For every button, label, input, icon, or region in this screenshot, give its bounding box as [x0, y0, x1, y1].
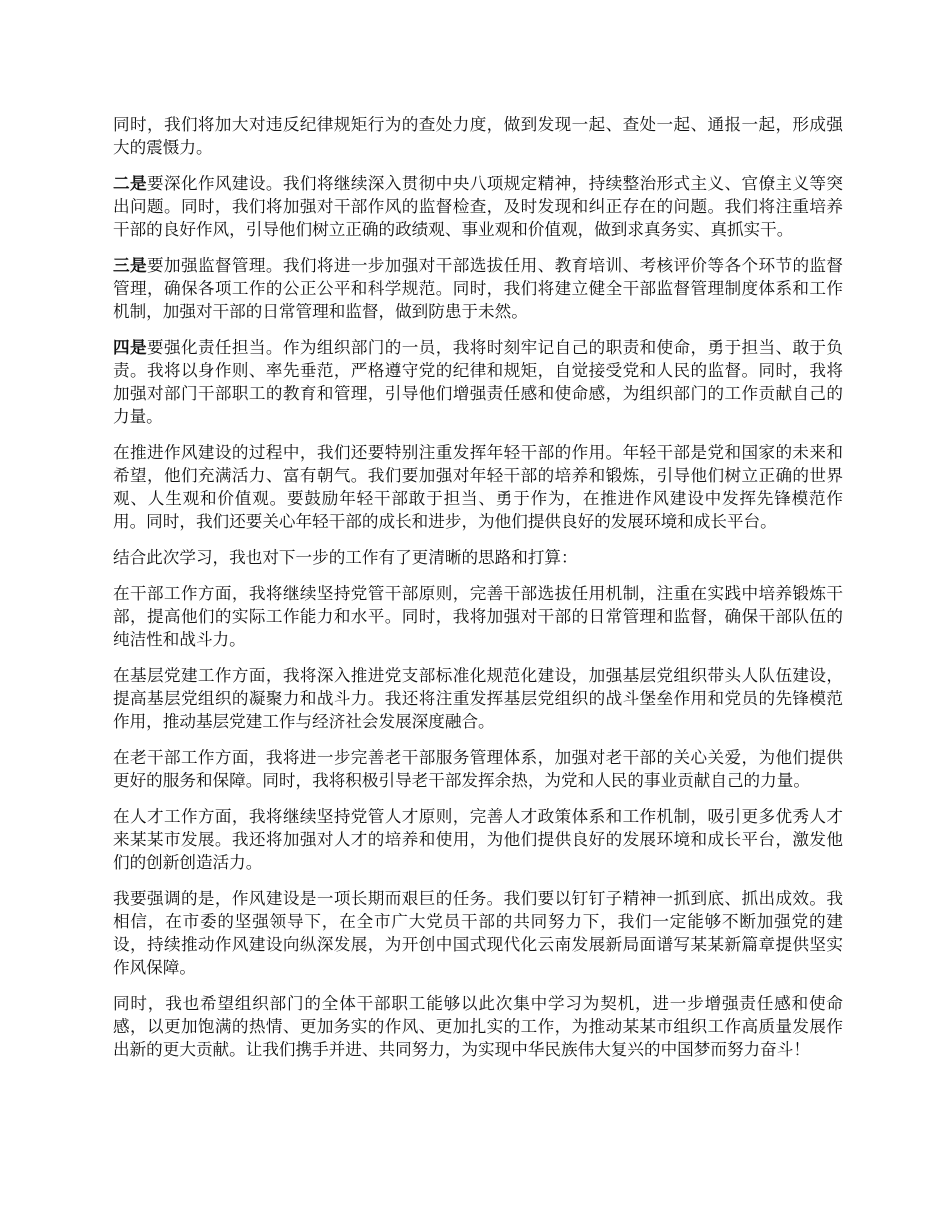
paragraph-text: 在老干部工作方面，我将进一步完善老干部服务管理体系，加强对老干部的关心关爱，为他…: [113, 748, 843, 790]
paragraph-point-four: 四是要强化责任担当。作为组织部门的一员，我将时刻牢记自己的职责和使命，勇于担当、…: [113, 336, 843, 428]
paragraph-text: 在人才工作方面，我将继续坚持党管人才原则，完善人才政策体系和工作机制，吸引更多优…: [113, 807, 843, 872]
paragraph-text: 同时，我也希望组织部门的全体干部职工能够以此次集中学习为契机，进一步增强责任感和…: [113, 994, 843, 1059]
paragraph-text: 我要强调的是，作风建设是一项长期而艰巨的任务。我们要以钉钉子精神一抓到底、抓出成…: [113, 889, 843, 977]
paragraph-lead: 四是: [113, 338, 147, 357]
paragraph-text: 在基层党建工作方面，我将深入推进党支部标准化规范化建设，加强基层党组织带头人队伍…: [113, 666, 843, 731]
paragraph-text: 在推进作风建设的过程中，我们还要特别注重发挥年轻干部的作用。年轻干部是党和国家的…: [113, 443, 843, 531]
paragraph-closing: 同时，我也希望组织部门的全体干部职工能够以此次集中学习为契机，进一步增强责任感和…: [113, 992, 843, 1061]
paragraph-text: 同时，我们将加大对违反纪律规矩行为的查处力度，做到发现一起、查处一起、通报一起，…: [113, 115, 843, 157]
paragraph-text: 要强化责任担当。作为组织部门的一员，我将时刻牢记自己的职责和使命，勇于担当、敢于…: [113, 338, 843, 426]
paragraph-text: 结合此次学习，我也对下一步的工作有了更清晰的思路和打算：: [113, 548, 578, 567]
paragraph-point-three: 三是要加强监督管理。我们将进一步加强对干部选拔任用、教育培训、考核评价等各个环节…: [113, 254, 843, 323]
paragraph-emphasis: 我要强调的是，作风建设是一项长期而艰巨的任务。我们要以钉钉子精神一抓到底、抓出成…: [113, 887, 843, 979]
paragraph-grassroots-party: 在基层党建工作方面，我将深入推进党支部标准化规范化建设，加强基层党组织带头人队伍…: [113, 664, 843, 733]
document-page: 同时，我们将加大对违反纪律规矩行为的查处力度，做到发现一起、查处一起、通报一起，…: [113, 113, 843, 1074]
paragraph-talent-work: 在人才工作方面，我将继续坚持党管人才原则，完善人才政策体系和工作机制，吸引更多优…: [113, 805, 843, 874]
paragraph-text: 要加强监督管理。我们将进一步加强对干部选拔任用、教育培训、考核评价等各个环节的监…: [113, 256, 843, 321]
paragraph-next-steps-intro: 结合此次学习，我也对下一步的工作有了更清晰的思路和打算：: [113, 546, 843, 569]
paragraph-lead: 三是: [113, 256, 147, 275]
paragraph-point-two: 二是要深化作风建设。我们将继续深入贯彻中央八项规定精神，持续整治形式主义、官僚主…: [113, 172, 843, 241]
paragraph-text: 要深化作风建设。我们将继续深入贯彻中央八项规定精神，持续整治形式主义、官僚主义等…: [113, 174, 843, 239]
paragraph-discipline: 同时，我们将加大对违反纪律规矩行为的查处力度，做到发现一起、查处一起、通报一起，…: [113, 113, 843, 159]
paragraph-lead: 二是: [113, 174, 147, 193]
paragraph-young-cadres: 在推进作风建设的过程中，我们还要特别注重发挥年轻干部的作用。年轻干部是党和国家的…: [113, 441, 843, 533]
paragraph-text: 在干部工作方面，我将继续坚持党管干部原则，完善干部选拔任用机制，注重在实践中培养…: [113, 584, 843, 649]
paragraph-retired-cadres: 在老干部工作方面，我将进一步完善老干部服务管理体系，加强对老干部的关心关爱，为他…: [113, 746, 843, 792]
paragraph-cadre-work: 在干部工作方面，我将继续坚持党管干部原则，完善干部选拔任用机制，注重在实践中培养…: [113, 582, 843, 651]
